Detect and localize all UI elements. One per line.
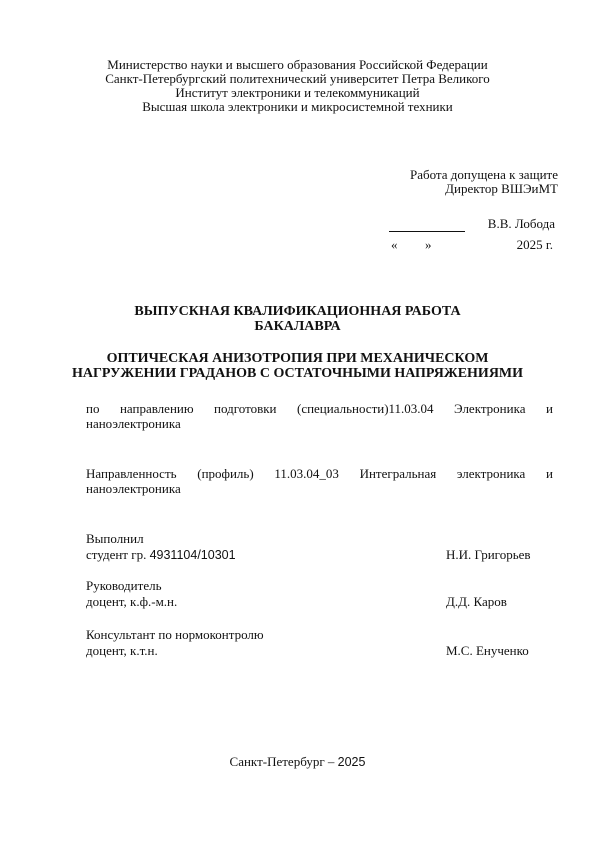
profile-word: и <box>546 466 553 481</box>
approval-signatory: В.В. Лобода <box>488 217 555 231</box>
profile-line-2: наноэлектроника <box>86 481 553 496</box>
approval-block: Работа допущена к защите Директор ВШЭиМТ <box>410 168 558 196</box>
position-text: студент гр. <box>86 547 150 562</box>
signature-line <box>389 231 465 232</box>
topic-line-2: НАГРУЖЕНИИ ГРАДАНОВ С ОСТАТОЧНЫМИ НАПРЯЖ… <box>0 366 595 381</box>
date-quote-close: » <box>425 238 432 252</box>
date-quote-open: « <box>391 238 398 252</box>
direction-line-1: по направлению подготовки (специальности… <box>86 401 553 416</box>
signature-student: Выполнил студент гр. 4931104/10301 Н.И. … <box>86 531 546 563</box>
group-number: 4931104/10301 <box>150 548 236 562</box>
direction-word: по <box>86 401 99 416</box>
direction-paragraph: по направлению подготовки (специальности… <box>86 401 553 431</box>
approval-director-title: Директор ВШЭиМТ <box>410 182 558 196</box>
profile-paragraph: Направленность (профиль) 11.03.04_03 Инт… <box>86 466 553 496</box>
direction-word: подготовки <box>214 401 276 416</box>
institute-name: Институт электроники и телекоммуникаций <box>0 86 595 100</box>
direction-code: (специальности)11.03.04 <box>297 401 434 416</box>
profile-word: Интегральная <box>360 466 437 481</box>
profile-word: электроника <box>457 466 525 481</box>
profile-word: (профиль) <box>197 466 253 481</box>
approval-year: 2025 г. <box>517 238 553 252</box>
signature-supervisor: Руководитель доцент, к.ф.-м.н. Д.Д. Каро… <box>86 578 546 610</box>
direction-word: направлению <box>120 401 194 416</box>
profile-code: 11.03.04_03 <box>274 466 339 481</box>
profile-line-1: Направленность (профиль) 11.03.04_03 Инт… <box>86 466 553 481</box>
topic-line-1: ОПТИЧЕСКАЯ АНИЗОТРОПИЯ ПРИ МЕХАНИЧЕСКОМ <box>0 351 595 366</box>
work-type-heading: ВЫПУСКНАЯ КВАЛИФИКАЦИОННАЯ РАБОТА БАКАЛА… <box>0 304 595 334</box>
signature-role: Руководитель <box>86 578 546 594</box>
signature-consultant: Консультант по нормоконтролю доцент, к.т… <box>86 627 546 659</box>
direction-line-2: наноэлектроника <box>86 416 553 431</box>
footer-year: 2025 <box>338 755 366 769</box>
direction-word: и <box>546 401 553 416</box>
signature-name: Н.И. Григорьев <box>446 547 531 563</box>
signature-name: Д.Д. Каров <box>446 594 507 610</box>
signature-role: Выполнил <box>86 531 546 547</box>
footer-city: Санкт-Петербург – <box>230 754 338 769</box>
thesis-topic: ОПТИЧЕСКАЯ АНИЗОТРОПИЯ ПРИ МЕХАНИЧЕСКОМ … <box>0 351 595 381</box>
ministry-name: Министерство науки и высшего образования… <box>0 58 595 72</box>
direction-word: Электроника <box>454 401 525 416</box>
profile-word: Направленность <box>86 466 177 481</box>
approval-statement: Работа допущена к защите <box>410 168 558 182</box>
work-type-line-1: ВЫПУСКНАЯ КВАЛИФИКАЦИОННАЯ РАБОТА <box>0 304 595 319</box>
work-type-line-2: БАКАЛАВРА <box>0 319 595 334</box>
organization-header: Министерство науки и высшего образования… <box>0 58 595 114</box>
signature-role: Консультант по нормоконтролю <box>86 627 546 643</box>
school-name: Высшая школа электроники и микросистемно… <box>0 100 595 114</box>
signature-name: М.С. Енученко <box>446 643 529 659</box>
university-name: Санкт-Петербургский политехнический унив… <box>0 72 595 86</box>
footer-city-year: Санкт-Петербург – 2025 <box>0 755 595 769</box>
